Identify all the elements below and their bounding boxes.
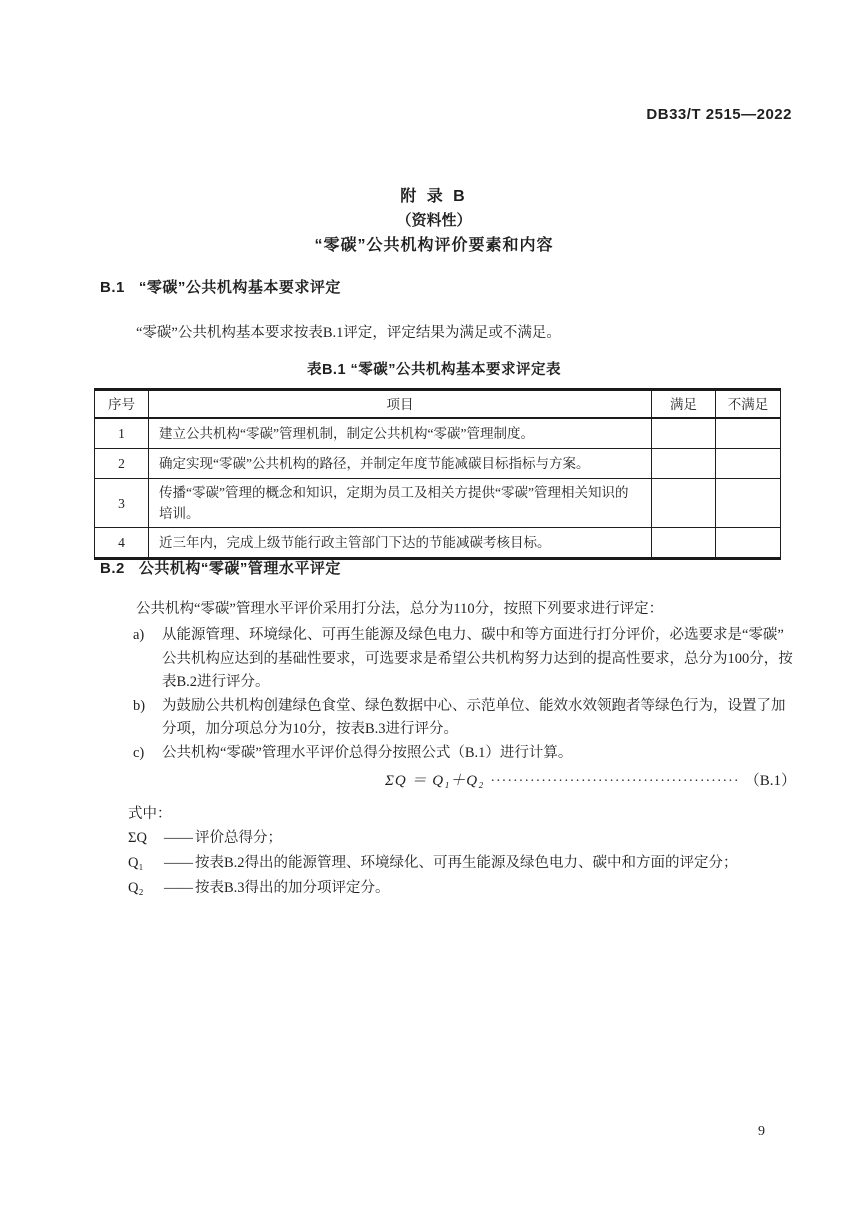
- column-header-no: 序号: [95, 390, 149, 419]
- definition-q1: Q₁ —— 按表B.2得出的能源管理、环境绿化、可再生能源及绿色电力、碳中和方面…: [128, 852, 794, 874]
- formula-number-label: （B.1）: [745, 769, 796, 790]
- row-not-met-cell: [716, 418, 781, 449]
- table-header-row: 序号 项目 满足 不满足: [95, 390, 781, 419]
- formula-expression: ΣQ ＝ Q₁＋Q₂: [385, 769, 484, 790]
- row-met-cell: [652, 479, 716, 528]
- list-item-c: c) 公共机构“零碳”管理水平评价总得分按照公式（B.1）进行计算。: [133, 742, 794, 766]
- column-header-not-met: 不满足: [716, 390, 781, 419]
- row-no: 4: [95, 528, 149, 559]
- appendix-title-line1: 附 录 B: [0, 184, 868, 209]
- formula-b1: ΣQ ＝ Q₁＋Q₂ ·····························…: [385, 769, 796, 790]
- table-row: 2 确定实现“零碳”公共机构的路径，并制定年度节能减碳目标指标与方案。: [95, 449, 781, 479]
- list-item-label: c): [133, 742, 162, 766]
- document-page: DB33/T 2515—2022 附 录 B （资料性） “零碳”公共机构评价要…: [0, 0, 868, 1227]
- definition-dash: ——: [164, 852, 193, 874]
- requirement-list: a) 从能源管理、环境绿化、可再生能源及绿色电力、碳中和等方面进行打分评价，必选…: [133, 624, 794, 765]
- section-b2-number: B.2: [100, 560, 125, 577]
- definition-symbol: Q₁: [128, 852, 164, 874]
- symbol-definitions: ΣQ —— 评价总得分； Q₁ —— 按表B.2得出的能源管理、环境绿化、可再生…: [128, 827, 794, 902]
- section-b2-title: 公共机构“零碳”管理水平评定: [139, 560, 341, 577]
- list-item-text: 公共机构“零碳”管理水平评价总得分按照公式（B.1）进行计算。: [162, 742, 794, 766]
- formula-leader-dots: ········································…: [490, 774, 738, 790]
- formula-where-label: 式中：: [128, 802, 172, 823]
- page-number: 9: [758, 1124, 765, 1140]
- row-item: 建立公共机构“零碳”管理机制，制定公共机构“零碳”管理制度。: [149, 418, 652, 449]
- definition-description: 按表B.3得出的加分项评定分。: [195, 877, 794, 899]
- row-met-cell: [652, 418, 716, 449]
- column-header-met: 满足: [652, 390, 716, 419]
- appendix-title-line2: （资料性）: [0, 209, 868, 233]
- section-b2-heading: B.2公共机构“零碳”管理水平评定: [100, 557, 341, 578]
- row-no: 1: [95, 418, 149, 449]
- row-not-met-cell: [716, 479, 781, 528]
- standard-code: DB33/T 2515—2022: [646, 106, 792, 123]
- table-row: 1 建立公共机构“零碳”管理机制，制定公共机构“零碳”管理制度。: [95, 418, 781, 449]
- table-b1: 序号 项目 满足 不满足 1 建立公共机构“零碳”管理机制，制定公共机构“零碳”…: [94, 388, 781, 560]
- row-met-cell: [652, 528, 716, 559]
- table-row: 3 传播“零碳”管理的概念和知识，定期为员工及相关方提供“零碳”管理相关知识的培…: [95, 479, 781, 528]
- section-b2-intro-paragraph: 公共机构“零碳”管理水平评价采用打分法，总分为110分，按照下列要求进行评定：: [136, 598, 788, 620]
- appendix-title-block: 附 录 B （资料性） “零碳”公共机构评价要素和内容: [0, 184, 868, 258]
- section-b1-heading: B.1“零碳”公共机构基本要求评定: [100, 276, 341, 297]
- definition-sigma-q: ΣQ —— 评价总得分；: [128, 827, 794, 849]
- row-item: 近三年内，完成上级节能行政主管部门下达的节能减碳考核目标。: [149, 528, 652, 559]
- definition-description: 评价总得分；: [195, 827, 794, 849]
- row-not-met-cell: [716, 528, 781, 559]
- list-item-label: b): [133, 695, 162, 742]
- appendix-title-line3: “零碳”公共机构评价要素和内容: [0, 233, 868, 258]
- section-b1-intro-paragraph: “零碳”公共机构基本要求按表B.1评定，评定结果为满足或不满足。: [136, 322, 788, 344]
- row-met-cell: [652, 449, 716, 479]
- row-not-met-cell: [716, 449, 781, 479]
- definition-symbol: Q₂: [128, 877, 164, 899]
- definition-dash: ——: [164, 877, 193, 899]
- list-item-b: b) 为鼓励公共机构创建绿色食堂、绿色数据中心、示范单位、能效水效领跑者等绿色行…: [133, 695, 794, 742]
- definition-dash: ——: [164, 827, 193, 849]
- definition-description: 按表B.2得出的能源管理、环境绿化、可再生能源及绿色电力、碳中和方面的评定分；: [195, 852, 794, 874]
- section-b1-number: B.1: [100, 279, 125, 296]
- definition-symbol: ΣQ: [128, 827, 164, 849]
- list-item-a: a) 从能源管理、环境绿化、可再生能源及绿色电力、碳中和等方面进行打分评价，必选…: [133, 624, 794, 695]
- row-no: 3: [95, 479, 149, 528]
- column-header-item: 项目: [149, 390, 652, 419]
- row-no: 2: [95, 449, 149, 479]
- row-item: 传播“零碳”管理的概念和知识，定期为员工及相关方提供“零碳”管理相关知识的培训。: [149, 479, 652, 528]
- list-item-label: a): [133, 624, 162, 695]
- list-item-text: 从能源管理、环境绿化、可再生能源及绿色电力、碳中和等方面进行打分评价，必选要求是…: [162, 624, 794, 695]
- definition-q2: Q₂ —— 按表B.3得出的加分项评定分。: [128, 877, 794, 899]
- table-b1-caption: 表B.1 “零碳”公共机构基本要求评定表: [0, 358, 868, 379]
- section-b1-title: “零碳”公共机构基本要求评定: [139, 279, 341, 296]
- row-item: 确定实现“零碳”公共机构的路径，并制定年度节能减碳目标指标与方案。: [149, 449, 652, 479]
- list-item-text: 为鼓励公共机构创建绿色食堂、绿色数据中心、示范单位、能效水效领跑者等绿色行为，设…: [162, 695, 794, 742]
- table-row: 4 近三年内，完成上级节能行政主管部门下达的节能减碳考核目标。: [95, 528, 781, 559]
